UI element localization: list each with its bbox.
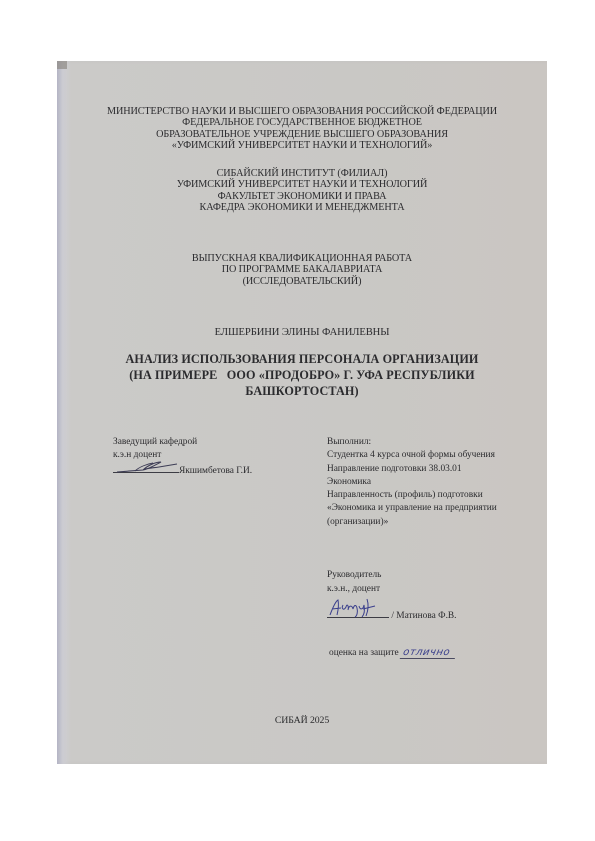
supervisor-degree: к.э.н., доцент — [327, 583, 381, 597]
institute-line: СИБАЙСКИЙ ИНСТИТУТ (ФИЛИАЛ) — [57, 168, 547, 179]
grade-value: отлично — [400, 647, 457, 659]
performed-line: (организации)» — [327, 516, 497, 529]
performed-line: «Экономика и управление на предприятии — [327, 502, 497, 515]
signature-icon — [327, 597, 387, 619]
performed-line: Направление подготовки 38.03.01 — [327, 463, 497, 476]
title-line: АНАЛИЗ ИСПОЛЬЗОВАНИЯ ПЕРСОНАЛА ОРГАНИЗАЦ… — [57, 351, 547, 367]
header-line: ОБРАЗОВАТЕЛЬНОЕ УЧРЕЖДЕНИЕ ВЫСШЕГО ОБРАЗ… — [57, 129, 547, 140]
head-signature — [113, 462, 179, 473]
grade-row: оценка на защите отлично — [329, 647, 456, 659]
city-year: СИБАЙ 2025 — [57, 715, 547, 726]
title-page: МИНИСТЕРСТВО НАУКИ И ВЫСШЕГО ОБРАЗОВАНИЯ… — [57, 61, 547, 764]
signature-icon — [113, 458, 183, 474]
title-line: (НА ПРИМЕРЕ ООО «ПРОДОБРО» Г. УФА РЕСПУБ… — [57, 367, 547, 383]
institute-line: ФАКУЛЬТЕТ ЭКОНОМИКИ И ПРАВА — [57, 191, 547, 202]
institute-line: УФИМСКИЙ УНИВЕРСИТЕТ НАУКИ И ТЕХНОЛОГИЙ — [57, 179, 547, 190]
header-line: ФЕДЕРАЛЬНОЕ ГОСУДАРСТВЕННОЕ БЮДЖЕТНОЕ — [57, 117, 547, 128]
grade-label: оценка на защите — [329, 648, 399, 658]
performed-line: Направленность (профиль) подготовки — [327, 489, 497, 502]
work-type-line: ПО ПРОГРАММЕ БАКАЛАВРИАТА — [57, 264, 547, 275]
head-of-department: Заведущий кафедрой к.э.н доцент Якшимбет… — [113, 436, 252, 479]
header-line: «УФИМСКИЙ УНИВЕРСИТЕТ НАУКИ И ТЕХНОЛОГИЙ… — [57, 140, 547, 151]
header-line: МИНИСТЕРСТВО НАУКИ И ВЫСШЕГО ОБРАЗОВАНИЯ… — [57, 106, 547, 117]
institute-line: КАФЕДРА ЭКОНОМИКИ И МЕНЕДЖМЕНТА — [57, 202, 547, 213]
performed-line: Экономика — [327, 476, 497, 489]
supervisor-signature — [327, 607, 389, 618]
head-role: Заведущий кафедрой — [113, 436, 252, 449]
work-type: ВЫПУСКНАЯ КВАЛИФИКАЦИОННАЯ РАБОТА ПО ПРО… — [57, 253, 547, 287]
head-name: Якшимбетова Г.И. — [179, 466, 252, 476]
performed-line: Студентка 4 курса очной формы обучения — [327, 449, 497, 462]
supervisor-name: / Матинова Ф.В. — [391, 611, 456, 621]
supervisor-role: Руководитель — [327, 569, 381, 583]
thesis-title: АНАЛИЗ ИСПОЛЬЗОВАНИЯ ПЕРСОНАЛА ОРГАНИЗАЦ… — [57, 351, 547, 399]
supervisor: Руководитель к.э.н., доцент — [327, 569, 381, 596]
supervisor-signature-row: / Матинова Ф.В. — [327, 607, 457, 621]
performed-by: Выполнил: Студентка 4 курса очной формы … — [327, 436, 497, 529]
title-line: БАШКОРТОСТАН) — [57, 383, 547, 399]
ministry-header: МИНИСТЕРСТВО НАУКИ И ВЫСШЕГО ОБРАЗОВАНИЯ… — [57, 106, 547, 152]
institute-info: СИБАЙСКИЙ ИНСТИТУТ (ФИЛИАЛ) УФИМСКИЙ УНИ… — [57, 168, 547, 214]
author-name: ЕЛШЕРБИНИ ЭЛИНЫ ФАНИЛЕВНЫ — [57, 327, 547, 338]
performed-label: Выполнил: — [327, 436, 497, 449]
work-type-line: ВЫПУСКНАЯ КВАЛИФИКАЦИОННАЯ РАБОТА — [57, 253, 547, 264]
work-type-line: (ИССЛЕДОВАТЕЛЬСКИЙ) — [57, 276, 547, 287]
